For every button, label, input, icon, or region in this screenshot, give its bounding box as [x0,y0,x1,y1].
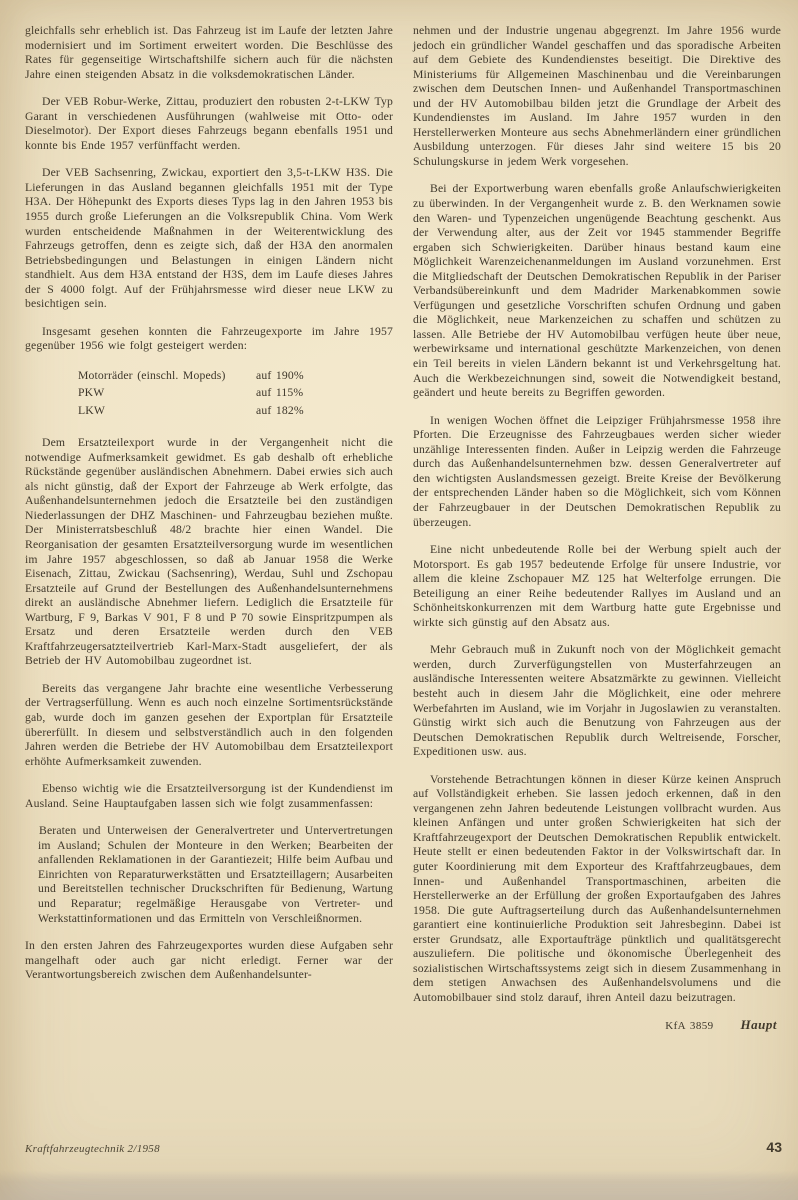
table-row: PKW auf 115% [78,384,393,401]
article-signoff: KfA 3859 Haupt [413,1018,781,1034]
paragraph: Der VEB Sachsenring, Zwickau, exportiert… [25,166,393,311]
page-body: gleichfalls sehr erheblich ist. Das Fahr… [25,24,781,1136]
paragraph: Mehr Gebrauch muß in Zukunft noch von de… [413,643,781,759]
table-row: LKW auf 182% [78,402,393,419]
paragraph: nehmen und der Industrie ungenau abgegre… [413,24,781,169]
right-column: nehmen und der Industrie ungenau abgegre… [413,24,781,1136]
paragraph: Dem Ersatzteilexport wurde in der Vergan… [25,436,393,669]
table-row-value: auf 182% [256,402,304,419]
paragraph: In wenigen Wochen öffnet die Leipziger F… [413,414,781,530]
left-column: gleichfalls sehr erheblich ist. Das Fahr… [25,24,393,1136]
export-growth-table: Motorräder (einschl. Mopeds) auf 190% PK… [78,367,393,419]
page-number: 43 [766,1139,782,1155]
table-row-label: PKW [78,384,256,401]
table-row-value: auf 115% [256,384,303,401]
table-row-label: Motorräder (einschl. Mopeds) [78,367,256,384]
paragraph: gleichfalls sehr erheblich ist. Das Fahr… [25,24,393,82]
table-row-label: LKW [78,402,256,419]
journal-issue-reference: Kraftfahrzeugtechnik 2/1958 [25,1143,160,1155]
paragraph: Vorstehende Betrachtungen können in dies… [413,773,781,1006]
paragraph: Insgesamt gesehen konnten die Fahrzeugex… [25,325,393,354]
paragraph: Eine nicht unbedeutende Rolle bei der We… [413,543,781,630]
paragraph: Der VEB Robur-Werke, Zittau, produziert … [25,95,393,153]
table-row-value: auf 190% [256,367,304,384]
paragraph: Bei der Exportwerbung waren ebenfalls gr… [413,182,781,400]
signoff-code: KfA 3859 [665,1019,713,1034]
paragraph: Bereits das vergangene Jahr brachte eine… [25,682,393,769]
table-row: Motorräder (einschl. Mopeds) auf 190% [78,367,393,384]
paragraph: In den ersten Jahren des Fahrzeugexporte… [25,939,393,983]
paragraph: Ebenso wichtig wie die Ersatzteilversorg… [25,782,393,811]
author-name: Haupt [741,1018,777,1033]
paragraph-task-list: Beraten und Unterweisen der Generalvertr… [38,824,393,926]
scanned-journal-page: { "doc": { "left": { "paragraphs": [ "gl… [0,0,798,1200]
scan-edge-strip [0,1170,798,1200]
page-footer: Kraftfahrzeugtechnik 2/1958 43 [25,1139,782,1155]
